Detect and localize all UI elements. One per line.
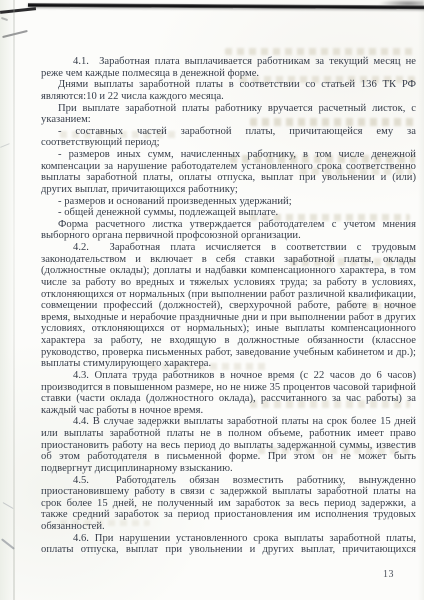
- scanned-document-screenshot: { "colors": { "ink": "#363d4a", "paper":…: [0, 0, 424, 600]
- paragraph: 4.3. Оплата труда работников в ночное вр…: [41, 370, 416, 417]
- pencil-mark: [0, 143, 10, 148]
- pencil-mark: [2, 502, 13, 509]
- paragraph: 4.1. Заработная плата выплачивается рабо…: [41, 56, 416, 79]
- paragraph: При выплате заработной платы работнику в…: [41, 103, 416, 126]
- paragraph: - составных частей заработной платы, при…: [41, 126, 416, 149]
- paragraph: 4.5. Работодатель обязан возместить рабо…: [41, 475, 416, 533]
- paragraph: Форма расчетного листка утверждается раб…: [41, 219, 416, 242]
- paragraph: 4.4. В случае задержки выплаты заработно…: [41, 416, 416, 474]
- paper-crease-line: [13, 0, 15, 600]
- paragraph: 4.2. Заработная плата исчисляется в соот…: [41, 242, 416, 370]
- scanned-page: 4.1. Заработная плата выплачивается рабо…: [0, 0, 424, 600]
- scan-speck: [2, 30, 28, 38]
- scan-smudge: [372, 0, 424, 9]
- bleed-through-streak: [225, 48, 415, 55]
- scanner-edge-artifact-left: [0, 7, 36, 13]
- paragraph: Днями выплаты заработной платы в соответ…: [41, 79, 416, 102]
- paragraph: 4.6. При нарушении установленного срока …: [41, 533, 416, 556]
- document-text: 4.1. Заработная плата выплачивается рабо…: [41, 56, 416, 556]
- paragraph: - размеров и оснований произведенных уде…: [41, 196, 416, 208]
- scan-speck: [1, 17, 8, 21]
- scanner-edge-artifact: [28, 3, 424, 9]
- page-number: 13: [383, 569, 394, 580]
- paragraph: - общей денежной суммы, подлежащей выпла…: [41, 207, 416, 219]
- paragraph: - размеров иных сумм, начисленных работн…: [41, 149, 416, 196]
